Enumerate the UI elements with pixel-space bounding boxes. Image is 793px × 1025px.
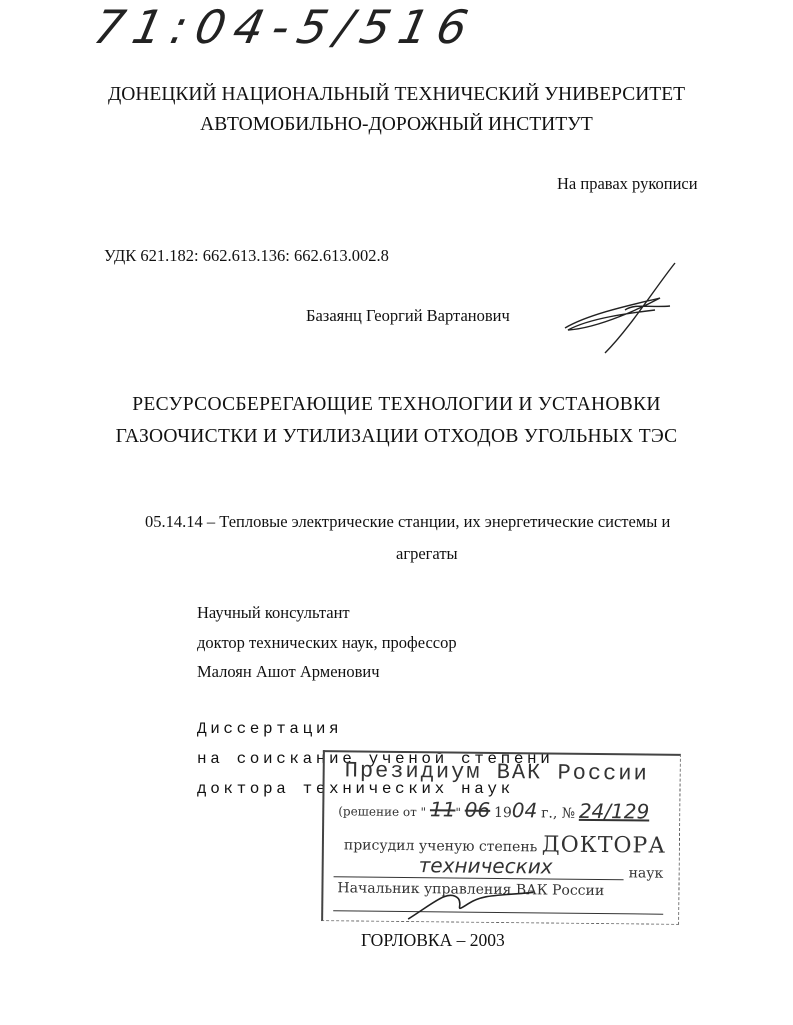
university-name: ДОНЕЦКИЙ НАЦИОНАЛЬНЫЙ ТЕХНИЧЕСКИЙ УНИВЕР… — [0, 84, 793, 106]
consultant-degree: доктор технических наук, профессор — [197, 633, 457, 653]
stamp-year-suffix: г., № — [541, 805, 575, 821]
consultant-role: Научный консультант — [197, 603, 350, 623]
author-name: Базаянц Георгий Вартанович — [306, 306, 510, 326]
stamp-field-line — [334, 876, 624, 880]
stamp-decision-number: 24/129 — [579, 799, 650, 824]
stamp-degree: ДОКТОРА — [542, 832, 666, 858]
udc-code: УДК 621.182: 662.613.136: 662.613.002.8 — [104, 246, 389, 266]
author-signature-icon — [560, 258, 680, 358]
archive-number: 71:04-5/516 — [89, 0, 481, 54]
stamp-decision-month: 06 — [465, 798, 491, 822]
consultant-name: Малоян Ашот Арменович — [197, 662, 380, 682]
stamp-signature-icon — [403, 883, 543, 924]
dissertation-label: Диссертация — [197, 720, 342, 738]
title-line-1: РЕСУРСОСБЕРЕГАЮЩИЕ ТЕХНОЛОГИИ И УСТАНОВК… — [0, 394, 793, 416]
specialty-line-2: агрегаты — [396, 544, 458, 564]
manuscript-note: На правах рукописи — [557, 174, 698, 194]
vak-stamp: Президиум ВАК России (решение от " 11" 0… — [321, 750, 681, 925]
stamp-decision-prefix: (решение от " — [338, 804, 426, 819]
stamp-decision-year: 04 — [512, 798, 538, 822]
stamp-decision-day: 11 — [430, 797, 456, 821]
specialty-line-1: 05.14.14 – Тепловые электрические станци… — [145, 512, 670, 532]
stamp-field-suffix: наук — [629, 865, 664, 881]
title-line-2: ГАЗООЧИСТКИ И УТИЛИЗАЦИИ ОТХОДОВ УГОЛЬНЫ… — [0, 426, 793, 448]
institute-name: АВТОМОБИЛЬНО-ДОРОЖНЫЙ ИНСТИТУТ — [0, 114, 793, 136]
stamp-field-handwritten: технических — [419, 853, 553, 878]
city-year: ГОРЛОВКА – 2003 — [361, 930, 505, 951]
stamp-year-prefix: 19 — [494, 805, 512, 821]
stamp-header: Президиум ВАК России — [345, 758, 649, 786]
